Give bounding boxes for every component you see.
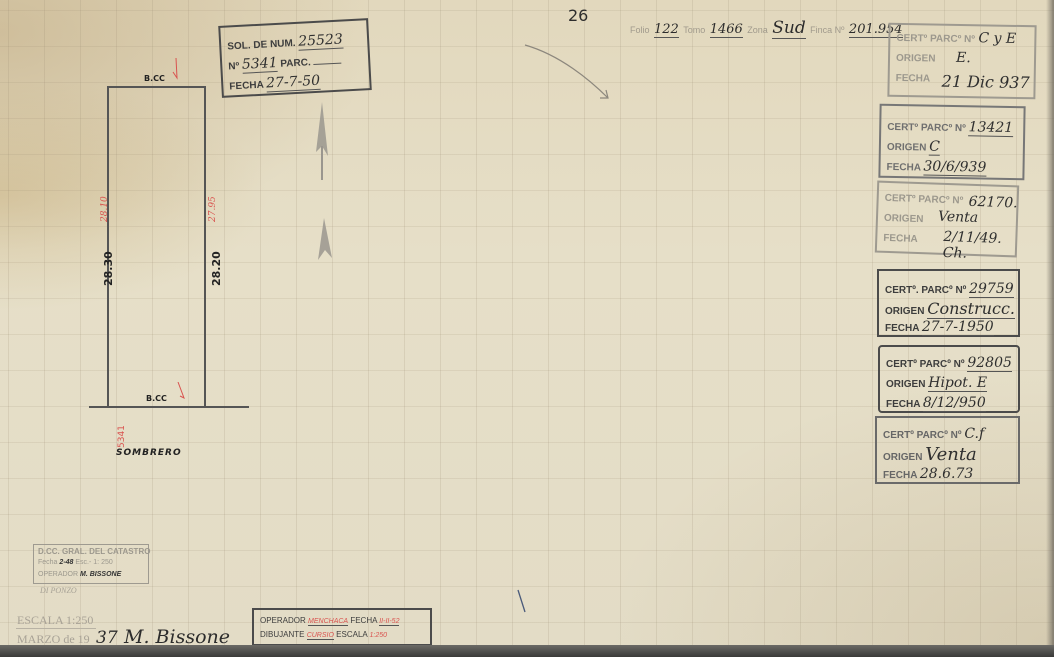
cert-origen-value: Hipot. E <box>928 375 987 392</box>
cert-origen-value: C <box>929 139 940 156</box>
cert-origen-label: ORIGEN <box>887 142 927 154</box>
num-value: 5341 <box>242 55 278 74</box>
cert-fecha-label: FECHA <box>883 233 918 245</box>
certificate-stamp-2: CERTº PARCº Nº 13421 ORIGEN C FECHA 30/6… <box>878 104 1025 181</box>
sol-num-label: SOL. DE NUM. <box>227 38 296 53</box>
cert-fecha-value: 2/11/49. Ch. <box>943 229 1016 263</box>
cert-num-value: 13421 <box>968 119 1013 137</box>
red-tick-top <box>170 58 182 82</box>
catastro-fecha-label: Fecha <box>38 559 57 566</box>
cert-fecha-label: FECHA <box>886 162 920 174</box>
cert-fecha-value: 30/6/939 <box>923 159 986 177</box>
plot-bottom-label: B.CC <box>146 394 167 403</box>
tomo-value: 1466 <box>710 22 743 38</box>
dibujante-value: CURSIO <box>307 632 334 640</box>
solicitud-stamp: SOL. DE NUM. 25523 Nº 5341 PARC. FECHA 2… <box>218 18 372 98</box>
cert-num-label: CERTº. PARCº Nº <box>885 285 966 296</box>
cert-origen-value: E. <box>956 50 971 66</box>
certificate-stamp-5: CERTº PARCº Nº 92805 ORIGEN Hipot. E FEC… <box>878 345 1020 413</box>
operator-fecha-label: FECHA <box>350 616 377 625</box>
cert-origen-value: Construcc. <box>927 299 1015 319</box>
cert-fecha-value: 21 Dic 937 <box>941 72 1029 93</box>
cert-num-label: CERTº PARCº Nº <box>887 122 966 134</box>
dibujante-label: DIBUJANTE <box>260 630 304 639</box>
operator-fecha-value: II-II-52 <box>379 618 399 626</box>
parc-label: PARC. <box>280 57 311 70</box>
cert-num-value: 92805 <box>967 355 1012 372</box>
cert-num-value: 29759 <box>969 281 1014 298</box>
operador-label: OPERADOR <box>260 616 306 625</box>
street-name: SOMBRERO <box>116 448 182 458</box>
catastro-fecha-value: 2-48 <box>59 559 73 566</box>
red-tick-bottom <box>176 382 188 402</box>
cert-origen-value: Venta <box>925 444 977 465</box>
lot-number: 5341 <box>117 425 127 448</box>
plot-left-dimension-red: 28.10 <box>100 196 110 222</box>
operator-escala-label: ESCALA <box>336 630 367 639</box>
cert-origen-label: ORIGEN <box>886 379 925 390</box>
cert-fecha-value: 8/12/950 <box>923 395 986 412</box>
page-number: 26 <box>568 6 588 25</box>
cert-fecha-label: FECHA <box>885 323 919 334</box>
page-bottom-edge <box>0 645 1054 657</box>
folio-label: Folio <box>630 25 650 35</box>
cert-num-label: CERTº PARCº Nº <box>886 359 965 370</box>
num-label: Nº <box>228 61 239 73</box>
catastro-operador-label: OPERADOR <box>38 571 78 578</box>
catastro-note: DI PONZO <box>40 586 77 595</box>
plot-left-dimension: 28.30 <box>102 251 115 286</box>
lot-outline <box>107 86 206 408</box>
plot-right-dimension: 28.20 <box>210 251 223 286</box>
sol-num-value: 25523 <box>298 31 343 50</box>
cert-origen-label: ORIGEN <box>883 452 922 463</box>
cert-num-value: C.f <box>964 426 984 442</box>
operator-stamp: OPERADOR MENCHACA FECHA II-II-52 DIBUJAN… <box>252 608 432 646</box>
cert-fecha-label: FECHA <box>883 470 917 481</box>
cert-num-value: 62170. <box>968 194 1018 212</box>
cert-origen-label: ORIGEN <box>885 306 924 317</box>
zona-value: Sud <box>772 18 805 39</box>
registry-header: Folio 122 Tomo 1466 Zona Sud Finca Nº 20… <box>630 18 903 40</box>
certificate-stamp-3: CERTº PARCº Nº ORIGEN FECHA 62170. Venta… <box>875 181 1019 258</box>
cert-num-label: CERTº PARCº Nº <box>884 193 963 207</box>
cert-num-label: CERTº PARCº Nº <box>883 430 962 441</box>
cert-num-label: CERTº PARCº Nº <box>896 33 975 45</box>
plot-top-label: B.CC <box>144 74 165 83</box>
page-right-edge <box>1046 0 1054 657</box>
cert-origen-value: Venta <box>938 209 979 226</box>
certificate-stamp-6: CERTº PARCº Nº C.f ORIGEN Venta FECHA 28… <box>875 416 1020 484</box>
north-arrow-icon <box>312 100 336 260</box>
tomo-label: Tomo <box>683 25 705 35</box>
zona-label: Zona <box>747 25 768 35</box>
footer-escala: ESCALA 1:250 <box>17 613 93 628</box>
footer-divider <box>16 628 96 629</box>
operador-value: MENCHACA <box>308 618 348 626</box>
operator-escala-value: 1:250 <box>370 632 388 639</box>
catastro-escala: Esc.- 1: 250 <box>75 559 112 566</box>
finca-label: Finca Nº <box>810 25 844 35</box>
folio-value: 122 <box>654 22 679 38</box>
certificate-stamp-1: CERTº PARCº Nº ORIGEN FECHA C y E E. 21 … <box>887 23 1036 100</box>
cert-origen-label: ORIGEN <box>896 53 936 65</box>
plot-right-dimension-red: 27.95 <box>208 196 218 222</box>
catastro-operador-value: M. BISSONE <box>80 571 121 578</box>
pen-mark <box>516 588 528 616</box>
street-line <box>89 406 249 408</box>
fecha-value: 27-7-50 <box>266 73 321 93</box>
cert-num-value: C y E <box>978 30 1016 47</box>
cert-fecha-label: FECHA <box>886 399 920 410</box>
parc-blank <box>314 63 342 65</box>
cert-origen-label: ORIGEN <box>884 213 924 225</box>
pencil-arrow-mark <box>520 40 620 105</box>
cert-fecha-label: FECHA <box>896 73 931 85</box>
fecha-label: FECHA <box>229 80 264 93</box>
cert-fecha-value: 27-7-1950 <box>922 319 994 336</box>
catastro-stamp: D.CC. GRAL. DEL CATASTRO Fecha 2-48 Esc.… <box>33 544 149 584</box>
catastro-title: D.CC. GRAL. DEL CATASTRO <box>38 547 150 556</box>
cert-fecha-value: 28.6.73 <box>920 466 973 482</box>
certificate-stamp-4: CERTº. PARCº Nº 29759 ORIGEN Construcc. … <box>877 269 1020 337</box>
